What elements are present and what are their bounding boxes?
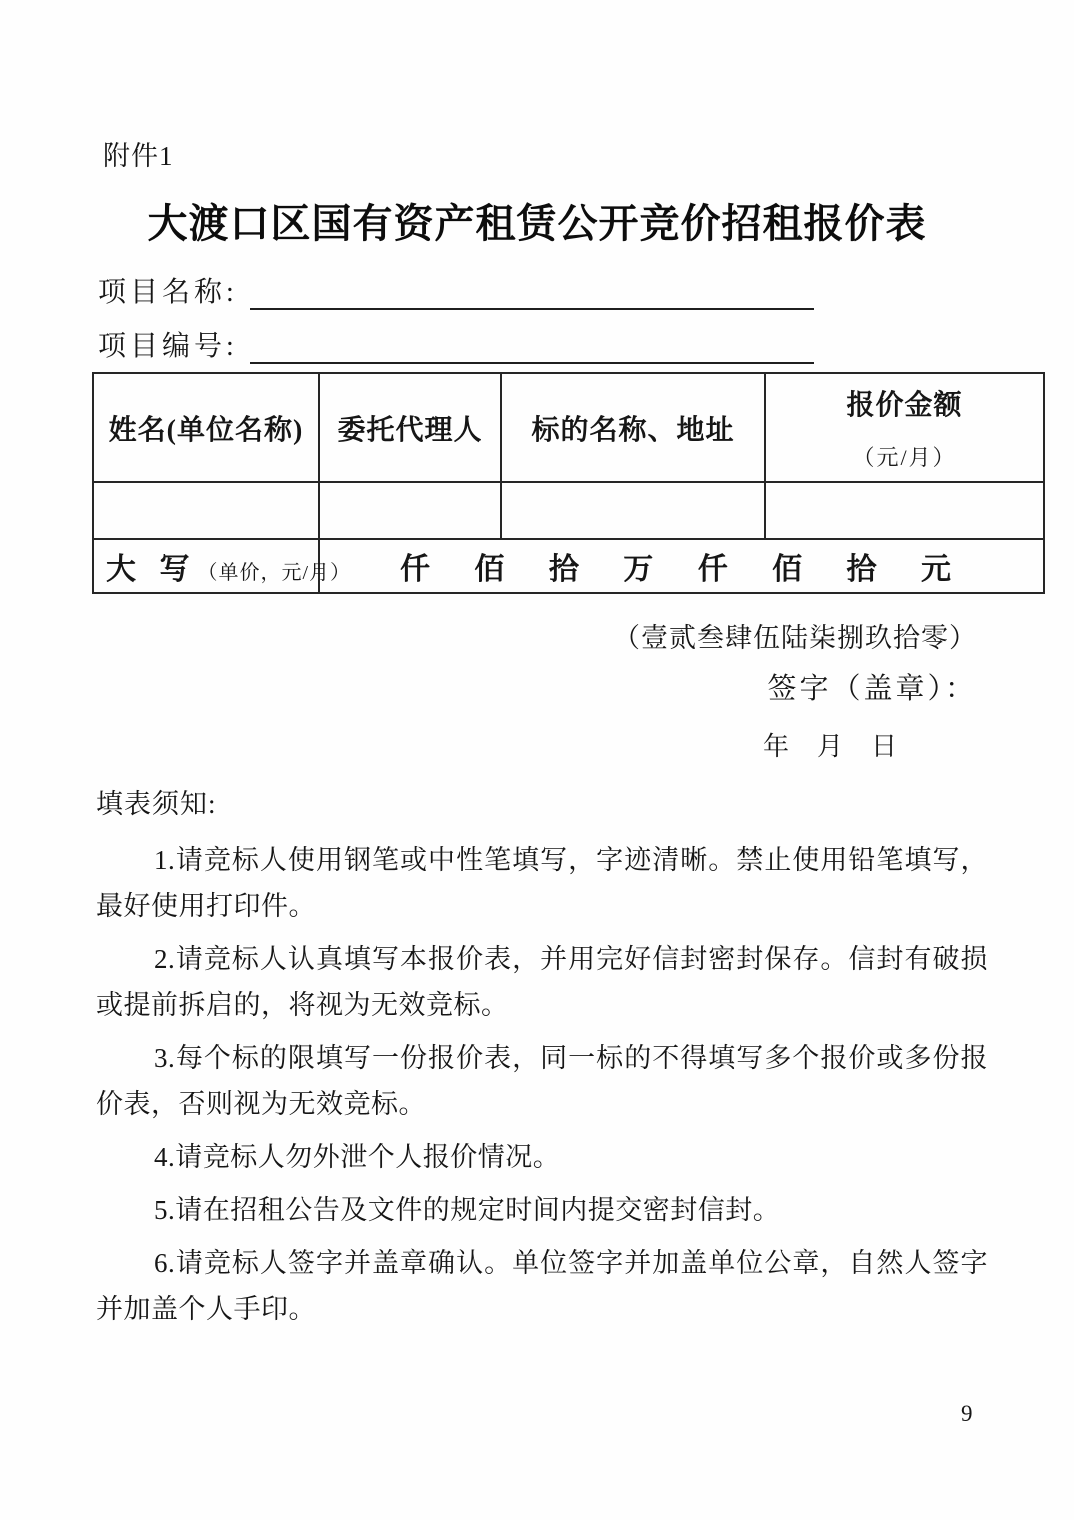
page-title: 大渡口区国有资产租赁公开竞价招租报价表 <box>0 192 1074 249</box>
entry-agent-cell[interactable] <box>319 482 501 539</box>
unit-thousand: 仟 <box>400 544 430 588</box>
header-bidder-name: 姓名(单位名称) <box>93 373 319 482</box>
date-day-label: 日 <box>871 726 897 763</box>
capital-units: 仟 佰 拾 万 仟 佰 拾 元 <box>320 544 1043 588</box>
note-item-1: 1.请竞标人使用钢笔或中性笔填写，字迹清晰。禁止使用铅笔填写，最好使用打印件。 <box>96 837 988 929</box>
notes-section: 填表须知: 1.请竞标人使用钢笔或中性笔填写，字迹清晰。禁止使用铅笔填写，最好使… <box>96 782 988 1339</box>
header-price-unit: （元/月） <box>766 441 1043 472</box>
page-number: 9 <box>961 1401 973 1427</box>
project-code-row: 项目编号: <box>98 322 814 364</box>
unit-yuan: 元 <box>921 544 951 588</box>
entry-bidder-cell[interactable] <box>93 482 319 539</box>
capital-label-sub: （单价，元/月） <box>198 562 352 584</box>
capital-digits-hint: （壹贰叁肆伍陆柒捌玖拾零） <box>613 616 977 655</box>
note-item-6: 6.请竞标人签字并盖章确认。单位签字并加盖单位公章，自然人签字并加盖个人手印。 <box>96 1240 988 1332</box>
bid-price-table: 姓名(单位名称) 委托代理人 标的名称、地址 报价金额 （元/月） 大 写（单价… <box>92 372 1045 594</box>
note-item-3: 3.每个标的限填写一份报价表，同一标的不得填写多个报价或多份报价表，否则视为无效… <box>96 1035 988 1127</box>
notes-heading: 填表须知: <box>96 782 988 821</box>
unit-ten: 拾 <box>549 544 579 588</box>
project-code-blank[interactable] <box>250 326 814 364</box>
header-agent: 委托代理人 <box>319 373 501 482</box>
unit-hundred-2: 佰 <box>772 544 802 588</box>
capital-label-main: 大 写 <box>106 553 198 586</box>
signature-label: 签字（盖章）： <box>767 666 977 707</box>
entry-subject-cell[interactable] <box>501 482 765 539</box>
capital-row-label: 大 写（单价，元/月） <box>93 539 319 593</box>
unit-thousand-2: 仟 <box>698 544 728 588</box>
date-line: 年 月 日 <box>763 726 897 763</box>
unit-hundred: 佰 <box>474 544 504 588</box>
header-subject: 标的名称、地址 <box>501 373 765 482</box>
note-item-5: 5.请在招租公告及文件的规定时间内提交密封信封。 <box>96 1187 988 1233</box>
date-year-label: 年 <box>763 726 789 763</box>
note-item-4: 4.请竞标人勿外泄个人报价情况。 <box>96 1134 988 1180</box>
entry-price-cell[interactable] <box>765 482 1044 539</box>
project-name-label: 项目名称: <box>98 270 238 310</box>
unit-ten-2: 拾 <box>847 544 877 588</box>
note-item-2: 2.请竞标人认真填写本报价表，并用完好信封密封保存。信封有破损或提前拆启的，将视… <box>96 936 988 1028</box>
date-month-label: 月 <box>817 726 843 763</box>
attachment-label: 附件1 <box>103 134 174 173</box>
capital-units-cell[interactable]: 仟 佰 拾 万 仟 佰 拾 元 <box>319 539 1044 593</box>
table-entry-row <box>93 482 1044 539</box>
header-price: 报价金额 （元/月） <box>765 373 1044 482</box>
unit-tenthousand: 万 <box>623 544 653 588</box>
document-page: 附件1 大渡口区国有资产租赁公开竞价招租报价表 项目名称: 项目编号: 姓名(单… <box>0 0 1074 1520</box>
table-header-row: 姓名(单位名称) 委托代理人 标的名称、地址 报价金额 （元/月） <box>93 373 1044 482</box>
project-name-blank[interactable] <box>250 272 814 310</box>
project-name-row: 项目名称: <box>98 268 814 310</box>
project-code-label: 项目编号: <box>98 324 238 364</box>
capital-amount-row: 大 写（单价，元/月） 仟 佰 拾 万 仟 佰 拾 元 <box>93 539 1044 593</box>
header-price-main: 报价金额 <box>846 390 962 421</box>
